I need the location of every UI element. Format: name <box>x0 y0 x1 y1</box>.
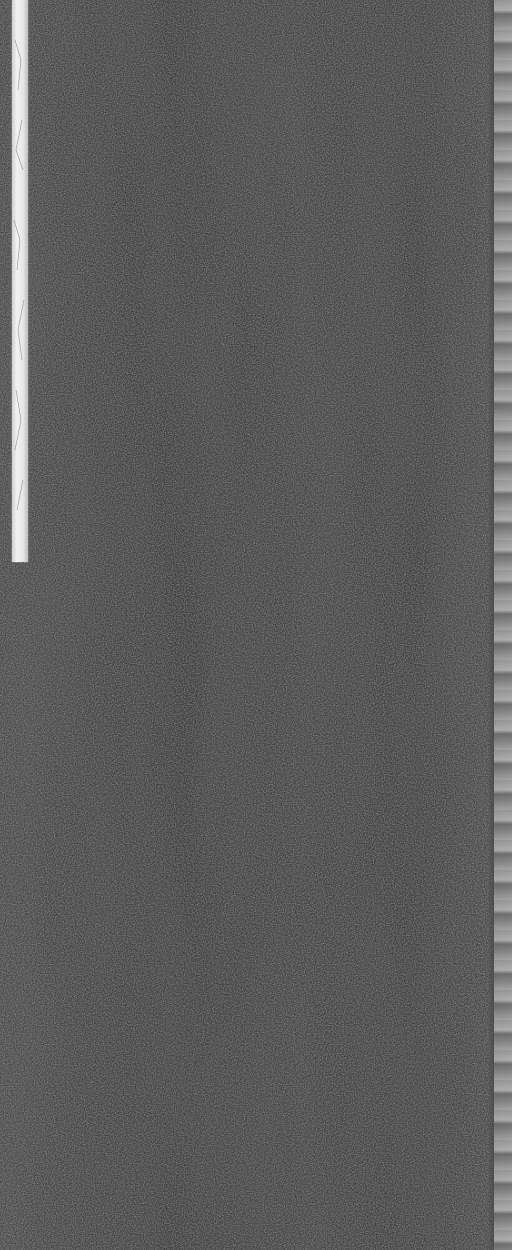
road-photo <box>0 0 512 1250</box>
asphalt-texture <box>0 0 512 1250</box>
edge-rumble-strip <box>494 0 512 1250</box>
lane-marking-cracks <box>12 0 28 562</box>
